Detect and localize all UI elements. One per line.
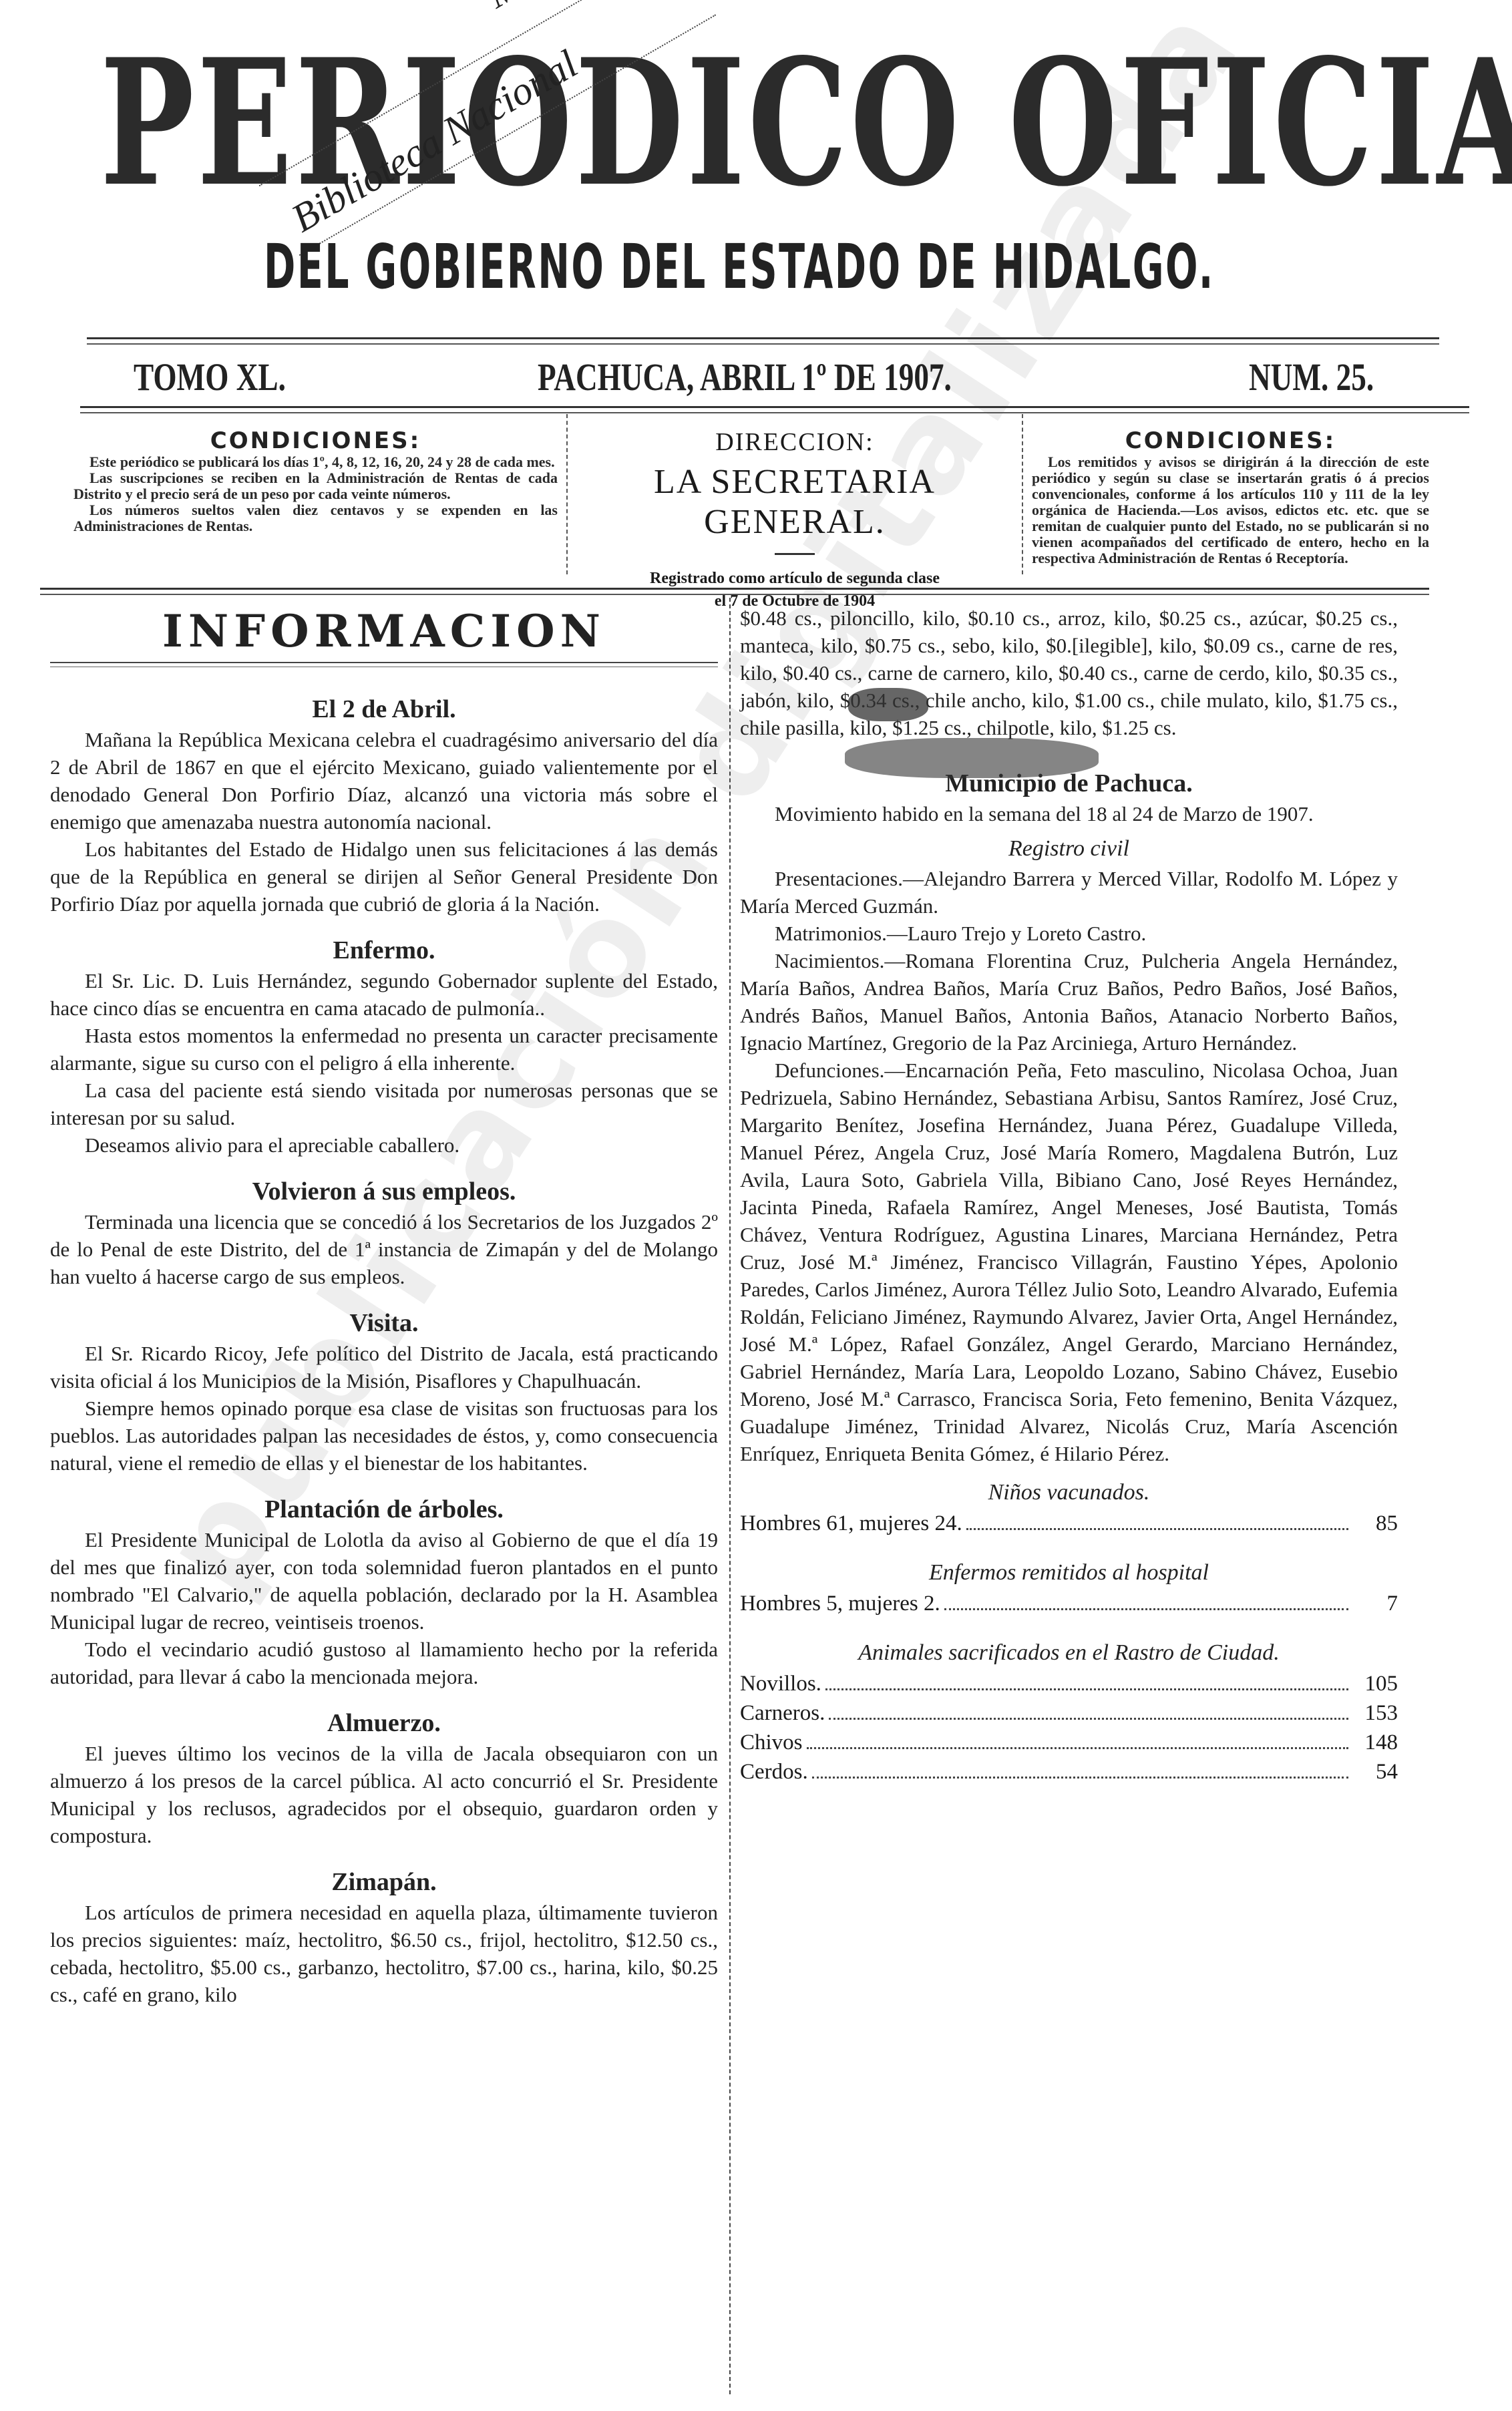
masthead-title: PERIODICO OFICIAL: [100, 40, 1014, 207]
stat-value: 153: [1358, 1698, 1398, 1728]
conditions-box-right: CONDICIONES: Los remitidos y avisos se d…: [1032, 427, 1429, 581]
stat-label: Carneros.: [740, 1698, 825, 1728]
stat-label: Hombres 5, mujeres 2.: [740, 1589, 940, 1618]
stat-row: Carneros.153: [740, 1698, 1398, 1728]
conditions-paragraph: Los remitidos y avisos se dirigirán á la…: [1032, 454, 1429, 566]
leader-dots: [829, 1718, 1348, 1720]
conditions-paragraph: Los números sueltos valen diez centavos …: [73, 502, 558, 534]
subsection-title: Registro civil: [740, 834, 1398, 864]
registry-entry: Presentaciones.—Alejandro Barrera y Merc…: [740, 865, 1398, 920]
direction-name: LA SECRETARIA GENERAL.: [574, 462, 1015, 542]
article-title: Enfermo.: [50, 935, 718, 966]
stat-value: 148: [1358, 1728, 1398, 1757]
stat-value: 105: [1358, 1669, 1398, 1698]
box-divider: [566, 414, 568, 574]
short-rule: [775, 553, 815, 555]
article-title: Volvieron á sus empleos.: [50, 1176, 718, 1207]
article: Enfermo.El Sr. Lic. D. Luis Hernández, s…: [50, 935, 718, 1159]
conditions-heading: CONDICIONES:: [1032, 427, 1429, 454]
article-paragraph: Terminada una licencia que se concedió á…: [50, 1208, 718, 1290]
stat-value: 54: [1358, 1757, 1398, 1787]
article: El 2 de Abril.Mañana la República Mexica…: [50, 694, 718, 918]
subsection-title: Animales sacrificados en el Rastro de Ci…: [740, 1638, 1398, 1668]
direction-heading: DIRECCION:: [574, 427, 1015, 457]
stat-row: Hombres 5, mujeres 2. 7: [740, 1589, 1398, 1618]
leader-dots: [812, 1777, 1348, 1779]
article-paragraph: Deseamos alivio para el apreciable cabal…: [50, 1131, 718, 1159]
article: Visita.El Sr. Ricardo Ricoy, Jefe políti…: [50, 1308, 718, 1477]
civil-registry-list: Presentaciones.—Alejandro Barrera y Merc…: [740, 865, 1398, 1467]
leader-dots: [944, 1608, 1348, 1610]
stat-row: Chivos148: [740, 1728, 1398, 1757]
article-paragraph: El Sr. Ricardo Ricoy, Jefe político del …: [50, 1340, 718, 1395]
article: Plantación de árboles.El Presidente Muni…: [50, 1494, 718, 1690]
article-paragraph: El Sr. Lic. D. Luis Hernández, segundo G…: [50, 967, 718, 1022]
subsection-title: Enfermos remitidos al hospital: [740, 1558, 1398, 1588]
stat-row: Hombres 61, mujeres 24. 85: [740, 1509, 1398, 1538]
article-paragraph: Mañana la República Mexicana celebra el …: [50, 726, 718, 836]
stat-label: Chivos: [740, 1728, 803, 1757]
article-title: Plantación de árboles.: [50, 1494, 718, 1525]
divider-rule: [40, 588, 1429, 595]
article-paragraph: El jueves último los vecinos de la villa…: [50, 1740, 718, 1849]
divider-rule: [80, 406, 1469, 413]
ink-smudge: [848, 688, 928, 721]
banner-rule: [50, 662, 718, 667]
article: Almuerzo.El jueves último los vecinos de…: [50, 1708, 718, 1849]
leader-dots: [807, 1747, 1348, 1749]
section-banner: INFORMACION: [50, 604, 718, 658]
column-divider: [729, 598, 731, 2394]
stamp-text-mexico: México.: [480, 0, 600, 17]
article-title: Zimapán.: [50, 1867, 718, 1897]
price-list-continuation: $0.48 cs., piloncillo, kilo, $0.10 cs., …: [740, 604, 1398, 741]
leader-dots: [825, 1688, 1348, 1690]
article: Volvieron á sus empleos.Terminada una li…: [50, 1176, 718, 1290]
article-title: El 2 de Abril.: [50, 694, 718, 725]
article-paragraph: Los artículos de primera necesidad en aq…: [50, 1899, 718, 2008]
issue-date: PACHUCA, ABRIL 1º DE 1907.: [538, 357, 952, 397]
stat-label: Hombres 61, mujeres 24.: [740, 1509, 962, 1538]
stat-label: Cerdos.: [740, 1757, 808, 1787]
divider-rule: [87, 337, 1439, 345]
registry-entry: Defunciones.—Encarnación Peña, Feto masc…: [740, 1057, 1398, 1467]
box-divider: [1022, 414, 1023, 574]
slaughter-table: Novillos.105Carneros.153Chivos148Cerdos.…: [740, 1669, 1398, 1787]
article: Zimapán.Los artículos de primera necesid…: [50, 1867, 718, 2008]
registration-line: Registrado como artículo de segunda clas…: [574, 567, 1015, 590]
right-column: $0.48 cs., piloncillo, kilo, $0.10 cs., …: [740, 604, 1398, 1787]
stat-row: Novillos.105: [740, 1669, 1398, 1698]
stat-label: Novillos.: [740, 1669, 821, 1698]
conditions-paragraph: Las suscripciones se reciben en la Admin…: [73, 470, 558, 502]
article-title: Almuerzo.: [50, 1708, 718, 1738]
leader-dots: [966, 1528, 1348, 1530]
conditions-paragraph: Este periódico se publicará los días 1º,…: [73, 454, 558, 470]
registry-entry: Matrimonios.—Lauro Trejo y Loreto Castro…: [740, 920, 1398, 947]
article-paragraph: Hasta estos momentos la enfermedad no pr…: [50, 1022, 718, 1077]
article-paragraph: La casa del paciente está siendo visitad…: [50, 1077, 718, 1131]
stat-value: 7: [1358, 1589, 1398, 1618]
article-paragraph: Movimiento habido en la semana del 18 al…: [740, 800, 1398, 827]
article-paragraph: El Presidente Municipal de Lolotla da av…: [50, 1526, 718, 1636]
left-column: INFORMACION El 2 de Abril.Mañana la Repú…: [50, 604, 718, 2008]
conditions-box-left: CONDICIONES: Este periódico se publicará…: [73, 427, 558, 581]
article-list: El 2 de Abril.Mañana la República Mexica…: [50, 694, 718, 2008]
article-title: Visita.: [50, 1308, 718, 1338]
registry-entry: Nacimientos.—Romana Florentina Cruz, Pul…: [740, 947, 1398, 1057]
masthead-subtitle: DEL GOBIERNO DEL ESTADO DE HIDALGO.: [264, 234, 885, 301]
article-paragraph: Todo el vecindario acudió gustoso al lla…: [50, 1636, 718, 1690]
direction-box: DIRECCION: LA SECRETARIA GENERAL. Regist…: [574, 427, 1015, 581]
article-paragraph: Los habitantes del Estado de Hidalgo une…: [50, 836, 718, 918]
issue-number: NUM. 25.: [1249, 357, 1374, 397]
stat-row: Cerdos.54: [740, 1757, 1398, 1787]
issue-volume: TOMO XL.: [134, 357, 286, 397]
ink-smudge: [845, 738, 1099, 778]
subsection-title: Niños vacunados.: [740, 1478, 1398, 1507]
article-paragraph: Siempre hemos opinado porque esa clase d…: [50, 1395, 718, 1477]
conditions-heading: CONDICIONES:: [73, 427, 558, 454]
stat-value: 85: [1358, 1509, 1398, 1538]
